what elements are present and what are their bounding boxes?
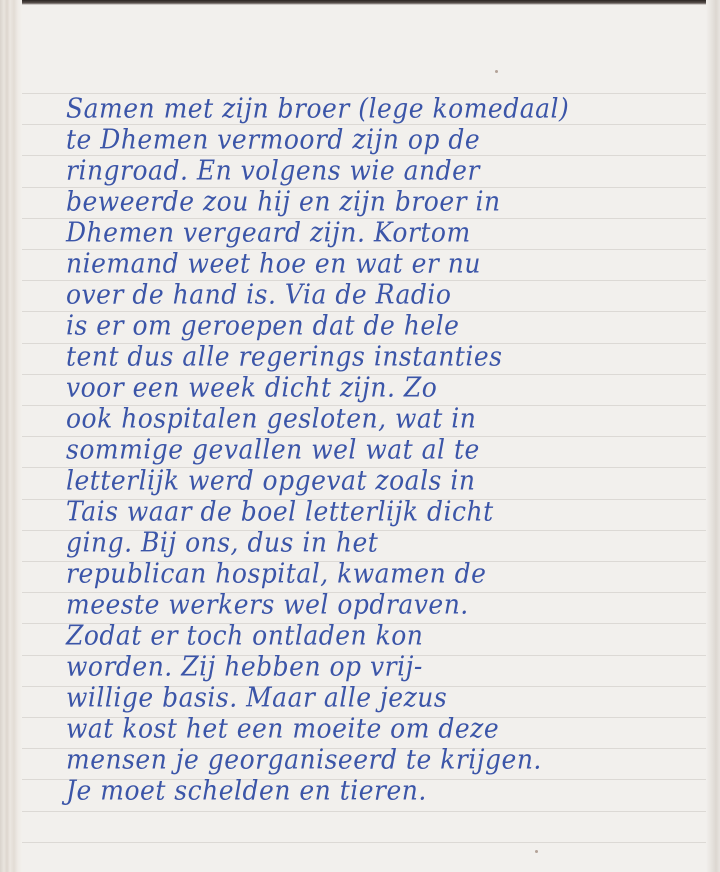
handwritten-line: wat kost het een moeite om deze	[66, 712, 686, 745]
handwritten-line: Samen met zijn broer (lege komedaal)	[66, 92, 686, 125]
handwritten-line: Zodat er toch ontladen kon	[66, 619, 686, 652]
handwritten-line: worden. Zij hebben op vrij-	[66, 650, 686, 683]
page-right-edge	[706, 0, 720, 872]
ruled-line	[22, 811, 706, 812]
paper-speck	[535, 850, 538, 853]
handwritten-line: ringroad. En volgens wie ander	[66, 154, 686, 187]
handwritten-line: ook hospitalen gesloten, wat in	[66, 402, 686, 435]
handwritten-line: republican hospital, kwamen de	[66, 557, 686, 590]
handwritten-line: meeste werkers wel opdraven.	[66, 588, 686, 621]
handwritten-line: te Dhemen vermoord zijn op de	[66, 123, 686, 156]
handwritten-line: beweerde zou hij en zijn broer in	[66, 185, 686, 218]
handwritten-line: is er om geroepen dat de hele	[66, 309, 686, 342]
handwritten-line: Dhemen vergeard zijn. Kortom	[66, 216, 686, 249]
handwritten-line: niemand weet hoe en wat er nu	[66, 247, 686, 280]
paper-speck	[495, 70, 498, 73]
notebook-page: Samen met zijn broer (lege komedaal) te …	[0, 0, 720, 872]
handwritten-line: mensen je georganiseerd te krijgen.	[66, 743, 686, 776]
handwritten-line: sommige gevallen wel wat al te	[66, 433, 686, 466]
handwritten-line: letterlijk werd opgevat zoals in	[66, 464, 686, 497]
handwritten-line: tent dus alle regerings instanties	[66, 340, 686, 373]
handwritten-line: Je moet schelden en tieren.	[66, 774, 686, 807]
handwritten-line: voor een week dicht zijn. Zo	[66, 371, 686, 404]
handwritten-text: Samen met zijn broer (lege komedaal) te …	[66, 93, 686, 806]
notebook-binding-edge	[0, 0, 22, 872]
handwritten-line: over de hand is. Via de Radio	[66, 278, 686, 311]
handwritten-line: ging. Bij ons, dus in het	[66, 526, 686, 559]
handwritten-line: willige basis. Maar alle jezus	[66, 681, 686, 714]
handwritten-line: Tais waar de boel letterlijk dicht	[66, 495, 686, 528]
ruled-line	[22, 842, 706, 843]
